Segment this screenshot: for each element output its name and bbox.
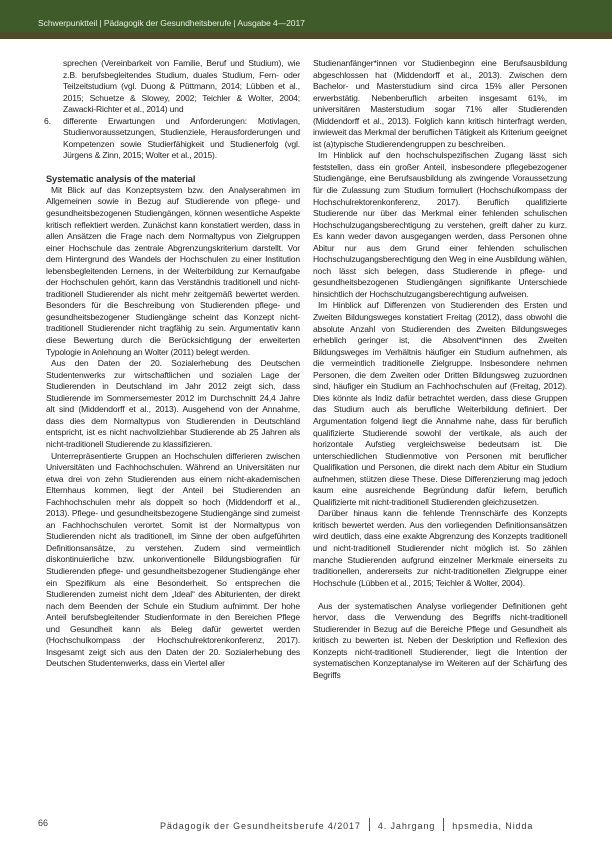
footer-volume: 4. Jahrgang — [378, 821, 435, 831]
page-footer: 66 Pädagogik der Gesundheitsberufe 4/201… — [0, 818, 612, 834]
paragraph: Unterrepräsentierte Gruppen an Hochschul… — [46, 451, 300, 670]
list-item-text: sprechen (Vereinbarkeit von Familie, Ber… — [63, 58, 300, 114]
footer-citation: Pädagogik der Gesundheitsberufe 4/20174.… — [160, 818, 533, 831]
paragraph: Aus der systematischen Analyse vorliegen… — [313, 601, 567, 682]
list-number: 6. — [44, 116, 51, 128]
right-column: Studienanfänger*innen vor Studienbeginn … — [313, 58, 567, 681]
list-item-6: 6.differente Erwartungen und Anforderung… — [46, 116, 300, 162]
paragraph-spacer — [313, 589, 567, 601]
footer-publisher: hpsmedia, Nidda — [452, 821, 533, 831]
paragraph: Darüber hinaus kann die fehlende Trennsc… — [313, 508, 567, 589]
list-item-text: differente Erwartungen und Anforderungen… — [63, 116, 300, 161]
header-stripe — [0, 32, 612, 39]
footer-journal: Pädagogik der Gesundheitsberufe 4/2017 — [160, 821, 361, 831]
list-item-continuation: sprechen (Vereinbarkeit von Familie, Ber… — [46, 58, 300, 116]
paragraph: Im Hinblick auf den hochschulspezifische… — [313, 150, 567, 300]
left-column: sprechen (Vereinbarkeit von Familie, Ber… — [46, 58, 300, 670]
footer-separator — [369, 818, 370, 831]
paragraph: Studienanfänger*innen vor Studienbeginn … — [313, 58, 567, 150]
paragraph: Im Hinblick auf Differenzen von Studiere… — [313, 300, 567, 508]
paragraph: Mit Blick auf das Konzeptsystem bzw. den… — [46, 185, 300, 358]
running-title: Schwerpunktteil | Pädagogik der Gesundhe… — [38, 18, 305, 28]
section-heading: Systematic analysis of the material — [46, 173, 300, 185]
paragraph: Aus den Daten der 20. Sozialerhebung des… — [46, 358, 300, 450]
page-number: 66 — [38, 818, 48, 828]
footer-separator — [443, 818, 444, 831]
